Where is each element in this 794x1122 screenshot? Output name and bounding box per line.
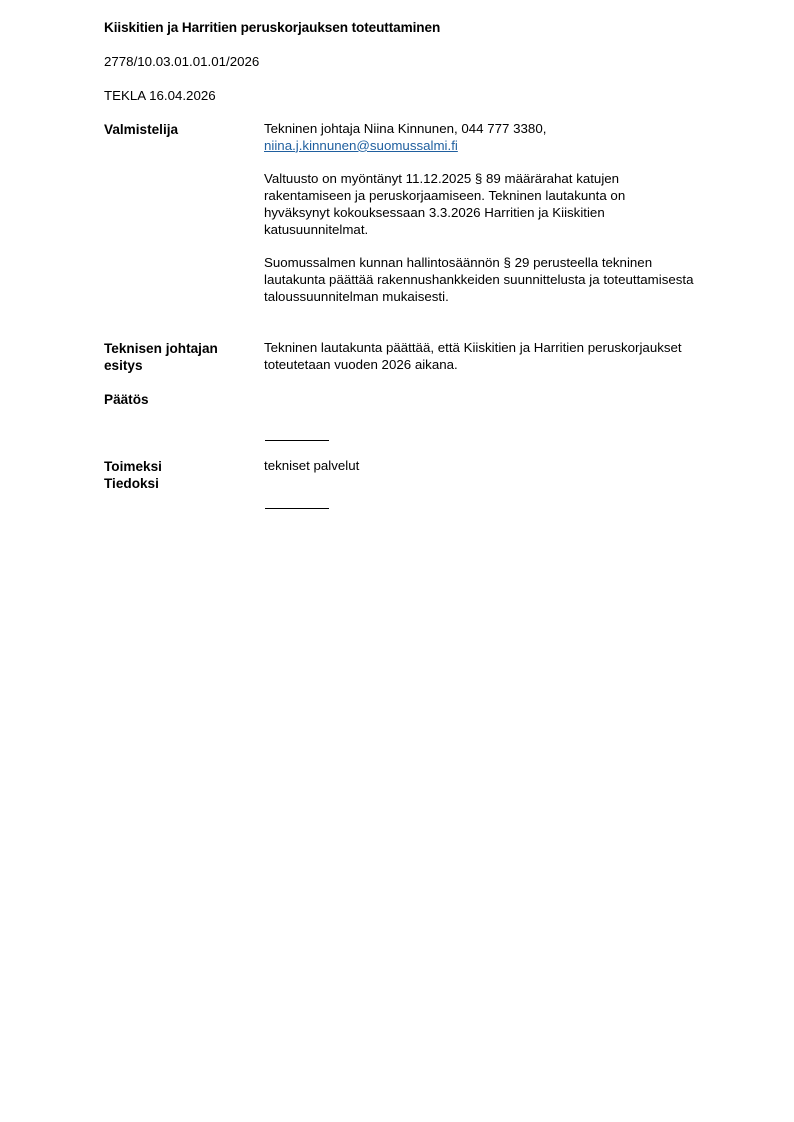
valmistelija-paragraph-2: Suomussalmen kunnan hallintosäännön § 29… <box>264 255 704 305</box>
tiedoksi-label: Tiedoksi <box>104 475 162 492</box>
meeting-date: TEKLA 16.04.2026 <box>104 88 216 103</box>
separator-line <box>265 440 329 441</box>
valmistelija-content: Tekninen johtaja Niina Kinnunen, 044 777… <box>264 121 734 323</box>
valmistelija-paragraph-1: Valtuusto on myöntänyt 11.12.2025 § 89 m… <box>264 171 674 238</box>
contact-text: Tekninen johtaja Niina Kinnunen, 044 777… <box>264 121 734 138</box>
toimeksi-label: Toimeksi <box>104 458 162 475</box>
esitys-label-line1: Teknisen johtajan <box>104 340 218 357</box>
separator-line <box>265 508 329 509</box>
document-title: Kiiskitien ja Harritien peruskorjauksen … <box>104 20 440 35</box>
paatos-label: Päätös <box>104 391 149 408</box>
valmistelija-label: Valmistelija <box>104 121 178 138</box>
esitys-label-line2: esitys <box>104 357 218 374</box>
email-link[interactable]: niina.j.kinnunen@suomussalmi.fi <box>264 138 458 153</box>
reference-number: 2778/10.03.01.01.01/2026 <box>104 54 259 69</box>
toimeksi-value: tekniset palvelut <box>264 458 734 475</box>
esitys-text: Tekninen lautakunta päättää, että Kiiski… <box>264 340 734 374</box>
esitys-label: Teknisen johtajan esitys <box>104 340 218 374</box>
toimeksi-labels: Toimeksi Tiedoksi <box>104 458 162 492</box>
